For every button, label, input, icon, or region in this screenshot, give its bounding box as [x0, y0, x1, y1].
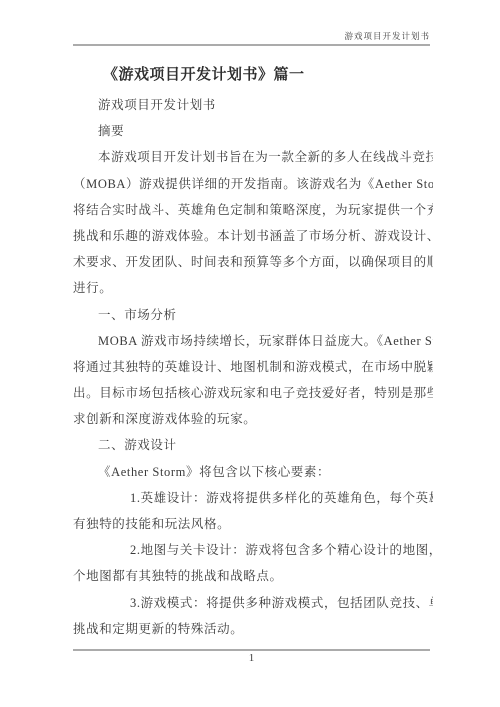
body-line: 有独特的技能和玩法风格。 [73, 511, 433, 537]
body-line: 将通过其独特的英雄设计、地图机制和游戏模式，在市场中脱颖而 [73, 354, 433, 380]
body-line: 出。目标市场包括核心游戏玩家和电子竞技爱好者，特别是那些寻 [73, 380, 433, 406]
body-line: 2.地图与关卡设计：游戏将包含多个精心设计的地图，每 [73, 537, 433, 563]
body-line: 个地图都有其独特的挑战和战略点。 [73, 563, 433, 589]
body-line: 《Aether Storm》将包含以下核心要素： [73, 459, 433, 485]
body-line: 二、游戏设计 [73, 432, 433, 458]
header-rule [73, 44, 430, 46]
body-line: 3.游戏模式：将提供多种游戏模式，包括团队竞技、单人 [73, 590, 433, 616]
body-line: 求创新和深度游戏体验的玩家。 [73, 406, 433, 432]
body-line: 本游戏项目开发计划书旨在为一款全新的多人在线战斗竞技场 [73, 144, 433, 170]
footer-rule [73, 649, 430, 651]
running-header: 游戏项目开发计划书 [73, 30, 430, 42]
body-line: （MOBA）游戏提供详细的开发指南。该游戏名为《Aether Storm》， [73, 171, 433, 197]
document-body: 游戏项目开发计划书摘要本游戏项目开发计划书旨在为一款全新的多人在线战斗竞技场（M… [73, 92, 433, 642]
document-page: 游戏项目开发计划书 《游戏项目开发计划书》篇一 游戏项目开发计划书摘要本游戏项目… [0, 0, 500, 707]
body-line: 将结合实时战斗、英雄角色定制和策略深度，为玩家提供一个充满 [73, 197, 433, 223]
body-line: 一、市场分析 [73, 302, 433, 328]
body-line: 术要求、开发团队、时间表和预算等多个方面，以确保项目的顺利 [73, 249, 433, 275]
body-line: 摘要 [73, 118, 433, 144]
body-line: MOBA 游戏市场持续增长，玩家群体日益庞大。《Aether Storm》 [73, 328, 433, 354]
body-line: 挑战和定期更新的特殊活动。 [73, 616, 433, 642]
body-line: 挑战和乐趣的游戏体验。本计划书涵盖了市场分析、游戏设计、技 [73, 223, 433, 249]
body-line: 游戏项目开发计划书 [73, 92, 433, 118]
page-title: 《游戏项目开发计划书》篇一 [103, 63, 305, 84]
body-line: 1.英雄设计：游戏将提供多样化的英雄角色，每个英雄都 [73, 485, 433, 511]
body-line: 进行。 [73, 275, 433, 301]
page-number: 1 [73, 652, 430, 664]
